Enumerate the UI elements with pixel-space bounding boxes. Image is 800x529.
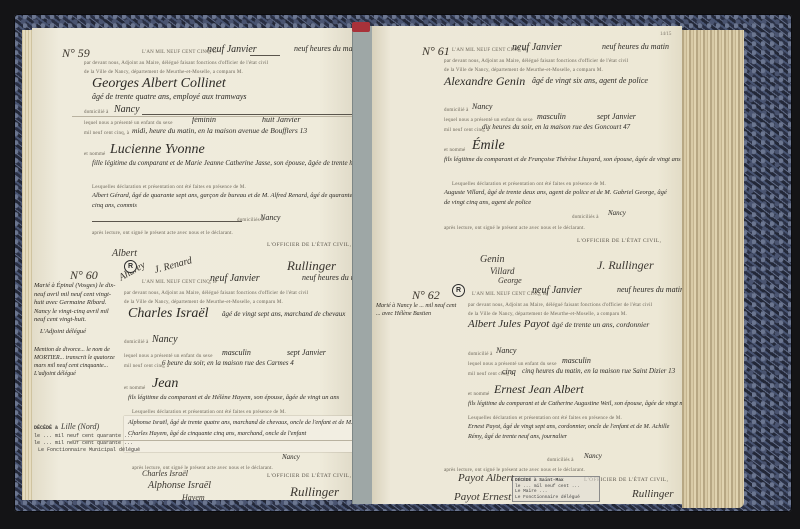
child-name: Émile xyxy=(472,138,505,154)
act-number: N° 61 xyxy=(422,44,450,59)
witness-domicile: Nancy xyxy=(584,452,602,460)
child-description: fille légitime du comparant et de Marie … xyxy=(92,159,370,167)
child-sex: masculin xyxy=(562,356,591,365)
death-note: DÉCÉDÉ à Lille (Nord) xyxy=(34,424,99,431)
witness-domicile: Nancy xyxy=(608,209,626,217)
printed-mother: et nommé xyxy=(468,392,489,397)
domicile: Nancy xyxy=(152,334,178,345)
witness-domicile: Nancy xyxy=(282,453,300,461)
domicile: Nancy xyxy=(496,346,516,355)
officer-signature: Rullinger xyxy=(290,484,339,500)
child-sex: masculin xyxy=(222,348,251,357)
rule xyxy=(92,221,242,222)
signature: Alphonse Israël xyxy=(148,480,211,491)
left-page: N° 59 L'AN MIL NEUF CENT CINQ, le neuf J… xyxy=(32,28,370,500)
act-61: N° 61 L'AN MIL NEUF CENT CINQ, le neuf J… xyxy=(372,26,682,258)
printed-domiciled: domiciliés à xyxy=(237,218,264,223)
printed-witness-line: Lesquelles déclaration et présentation o… xyxy=(468,416,622,421)
printed-mother: et nommé xyxy=(444,148,465,153)
birth-place: cinq heures du matin, en la maison rue S… xyxy=(522,367,675,375)
child-description: fils légitime du comparant et de Hélène … xyxy=(128,394,339,401)
birth-place: 6 heure du soir, en la maison rue des Ca… xyxy=(162,359,294,367)
birth-place: midi, heure du matin, en la maison avenu… xyxy=(132,126,307,135)
declarant-description: âgé de vingt six ans, agent de police xyxy=(532,76,648,85)
printed-domiciled: domiciliés à xyxy=(572,215,599,220)
officer-signature: Rullinger xyxy=(632,488,674,500)
act-date: neuf Janvier xyxy=(512,42,562,53)
death-stamp: DÉCÉDÉ à Saint-Max le ... mil neuf cent … xyxy=(512,476,600,502)
printed-line: de la Ville de Nancy, département de Meu… xyxy=(468,312,627,317)
act-number: N° 60 xyxy=(70,268,98,283)
printed-witness-line: Lesquelles déclaration et présentation o… xyxy=(132,410,286,415)
witnesses: Ernest Payot, âgé de vingt sept ans, cor… xyxy=(468,422,678,442)
signature: Charles Israël xyxy=(142,469,188,478)
act-date: neuf Janvier xyxy=(207,44,257,55)
birth-place: dix heures du soir, en la maison rue des… xyxy=(482,123,630,131)
declarant-description: âgé de vingt sept ans, marchand de cheva… xyxy=(222,310,345,318)
printed-born-line: mil neuf cent cinq, à xyxy=(84,131,129,136)
born-date: cinq xyxy=(502,367,516,376)
officer-label: L'OFFICIER DE L'ÉTAT CIVIL, xyxy=(267,473,351,479)
binding-tape xyxy=(352,26,374,504)
signature: Payot Albert xyxy=(458,472,514,484)
margin-note-signature: L'Adjoint délégué xyxy=(40,328,86,337)
printed-mother: et nommé xyxy=(84,152,105,157)
act-hour: neuf heures du matin xyxy=(294,44,361,53)
printed-line: de la Ville de Nancy, département de Meu… xyxy=(124,300,283,305)
act-hour: neuf heures du matin xyxy=(602,42,669,51)
printed-line: de la Ville de Nancy, département de Meu… xyxy=(444,68,603,73)
death-note-line: Le Fonctionnaire Municipal délégué xyxy=(38,447,140,453)
register-stamp: R xyxy=(124,260,137,273)
death-note-line: le ... mil neuf cent quarante ... xyxy=(34,433,133,439)
born-date: sept Janvier xyxy=(287,348,326,357)
officer-label: L'OFFICIER DE L'ÉTAT CIVIL, xyxy=(577,238,661,244)
signature: Payot Ernest xyxy=(454,491,511,503)
witnesses: Auguste Villard, âgé de trente deux ans,… xyxy=(444,188,674,208)
printed-lecture: après lecture, ont signé le présent acte… xyxy=(444,226,585,231)
child-description: fils légitime du comparant et de Catheri… xyxy=(468,400,682,407)
death-place: Lille (Nord) xyxy=(61,422,99,431)
declarant-name: Charles Israël xyxy=(128,306,209,322)
signature: Hayem xyxy=(182,493,205,500)
act-60: R N° 60 Marié à Épinal (Vosges) le dix-n… xyxy=(32,258,370,500)
domicile: Nancy xyxy=(472,102,492,111)
domicile: Nancy xyxy=(114,104,140,115)
witnesses: Albert Gérard, âgé de quarante sept ans,… xyxy=(92,191,362,211)
child-name: Jean xyxy=(152,376,178,392)
printed-domiciled: domiciliés à xyxy=(547,458,574,463)
marriage-margin-note: Marié à Nancy le ... mil neuf cent ... a… xyxy=(376,302,460,318)
witnesses: Alphonse Israël, âgé de trente quatre an… xyxy=(128,417,364,439)
printed-line: par devant nous, Adjoint au Maire, délég… xyxy=(124,291,308,296)
death-label: DÉCÉDÉ à xyxy=(34,425,58,431)
printed-domicile: domicilié à xyxy=(84,110,109,115)
printed-witness-line: Lesquelles déclaration et présentation o… xyxy=(92,185,246,190)
child-name: Ernest Jean Albert xyxy=(494,382,584,397)
printed-header: L'AN MIL NEUF CENT CINQ, le xyxy=(142,280,217,285)
declarant-description: âgé de trente un ans, cordonnier xyxy=(552,320,649,329)
printed-witness-line: Lesquelles déclaration et présentation o… xyxy=(452,182,606,187)
printed-line: par devant nous, Adjoint au Maire, délég… xyxy=(84,61,268,66)
page-rule xyxy=(72,116,362,117)
printed-line: par devant nous, Adjoint au Maire, délég… xyxy=(468,303,652,308)
act-hour: neuf heures du matin xyxy=(617,285,682,294)
printed-lecture: après lecture, ont signé le présent acte… xyxy=(92,231,233,236)
child-description: fils légitime du comparant et de Françoi… xyxy=(444,156,681,163)
act-date: neuf Janvier xyxy=(210,273,260,284)
declarant-name: Georges Albert Collinet xyxy=(92,76,226,92)
death-stamp-line: Le Fonctionnaire délégué xyxy=(515,495,597,501)
act-number: N° 59 xyxy=(62,46,90,61)
act-date: neuf Janvier xyxy=(532,285,582,296)
child-sex: masculin xyxy=(537,112,566,121)
printed-line: de la Ville de Nancy, département de Meu… xyxy=(84,70,243,75)
act-number: N° 62 xyxy=(412,288,440,303)
page-edges-right xyxy=(682,30,744,508)
right-page: 14/15 N° 61 L'AN MIL NEUF CENT CINQ, le … xyxy=(372,26,682,504)
printed-header: L'AN MIL NEUF CENT CINQ, le xyxy=(142,50,217,55)
printed-domicile: domicilié à xyxy=(468,352,493,357)
declarant-name: Alexandre Genin xyxy=(444,74,525,89)
printed-line: par devant nous, Adjoint au Maire, délég… xyxy=(444,59,628,64)
declarant-name: Albert Jules Payot xyxy=(468,318,549,330)
page-rule xyxy=(72,440,362,441)
declarant-description: âgé de trente quatre ans, employé aux tr… xyxy=(92,92,246,101)
act-59: N° 59 L'AN MIL NEUF CENT CINQ, le neuf J… xyxy=(32,28,370,258)
printed-mother: et nommé xyxy=(124,386,145,391)
bookmark-ribbon xyxy=(352,22,370,32)
officer-label: L'OFFICIER DE L'ÉTAT CIVIL, xyxy=(267,242,351,248)
divorce-margin-note: Mention de divorce... le nom de MORTIER.… xyxy=(34,346,118,378)
child-name: Lucienne Yvonne xyxy=(110,142,205,158)
register-stamp: R xyxy=(452,284,465,297)
born-date: sept Janvier xyxy=(597,112,636,121)
marriage-margin-note: Marié à Épinal (Vosges) le dix-neuf avri… xyxy=(34,282,118,325)
act-62: R N° 62 Marié à Nancy le ... mil neuf ce… xyxy=(372,262,682,504)
printed-domicile: domicilié à xyxy=(124,340,149,345)
rule xyxy=(250,55,280,56)
printed-domicile: domicilié à xyxy=(444,108,469,113)
rule xyxy=(142,114,362,115)
